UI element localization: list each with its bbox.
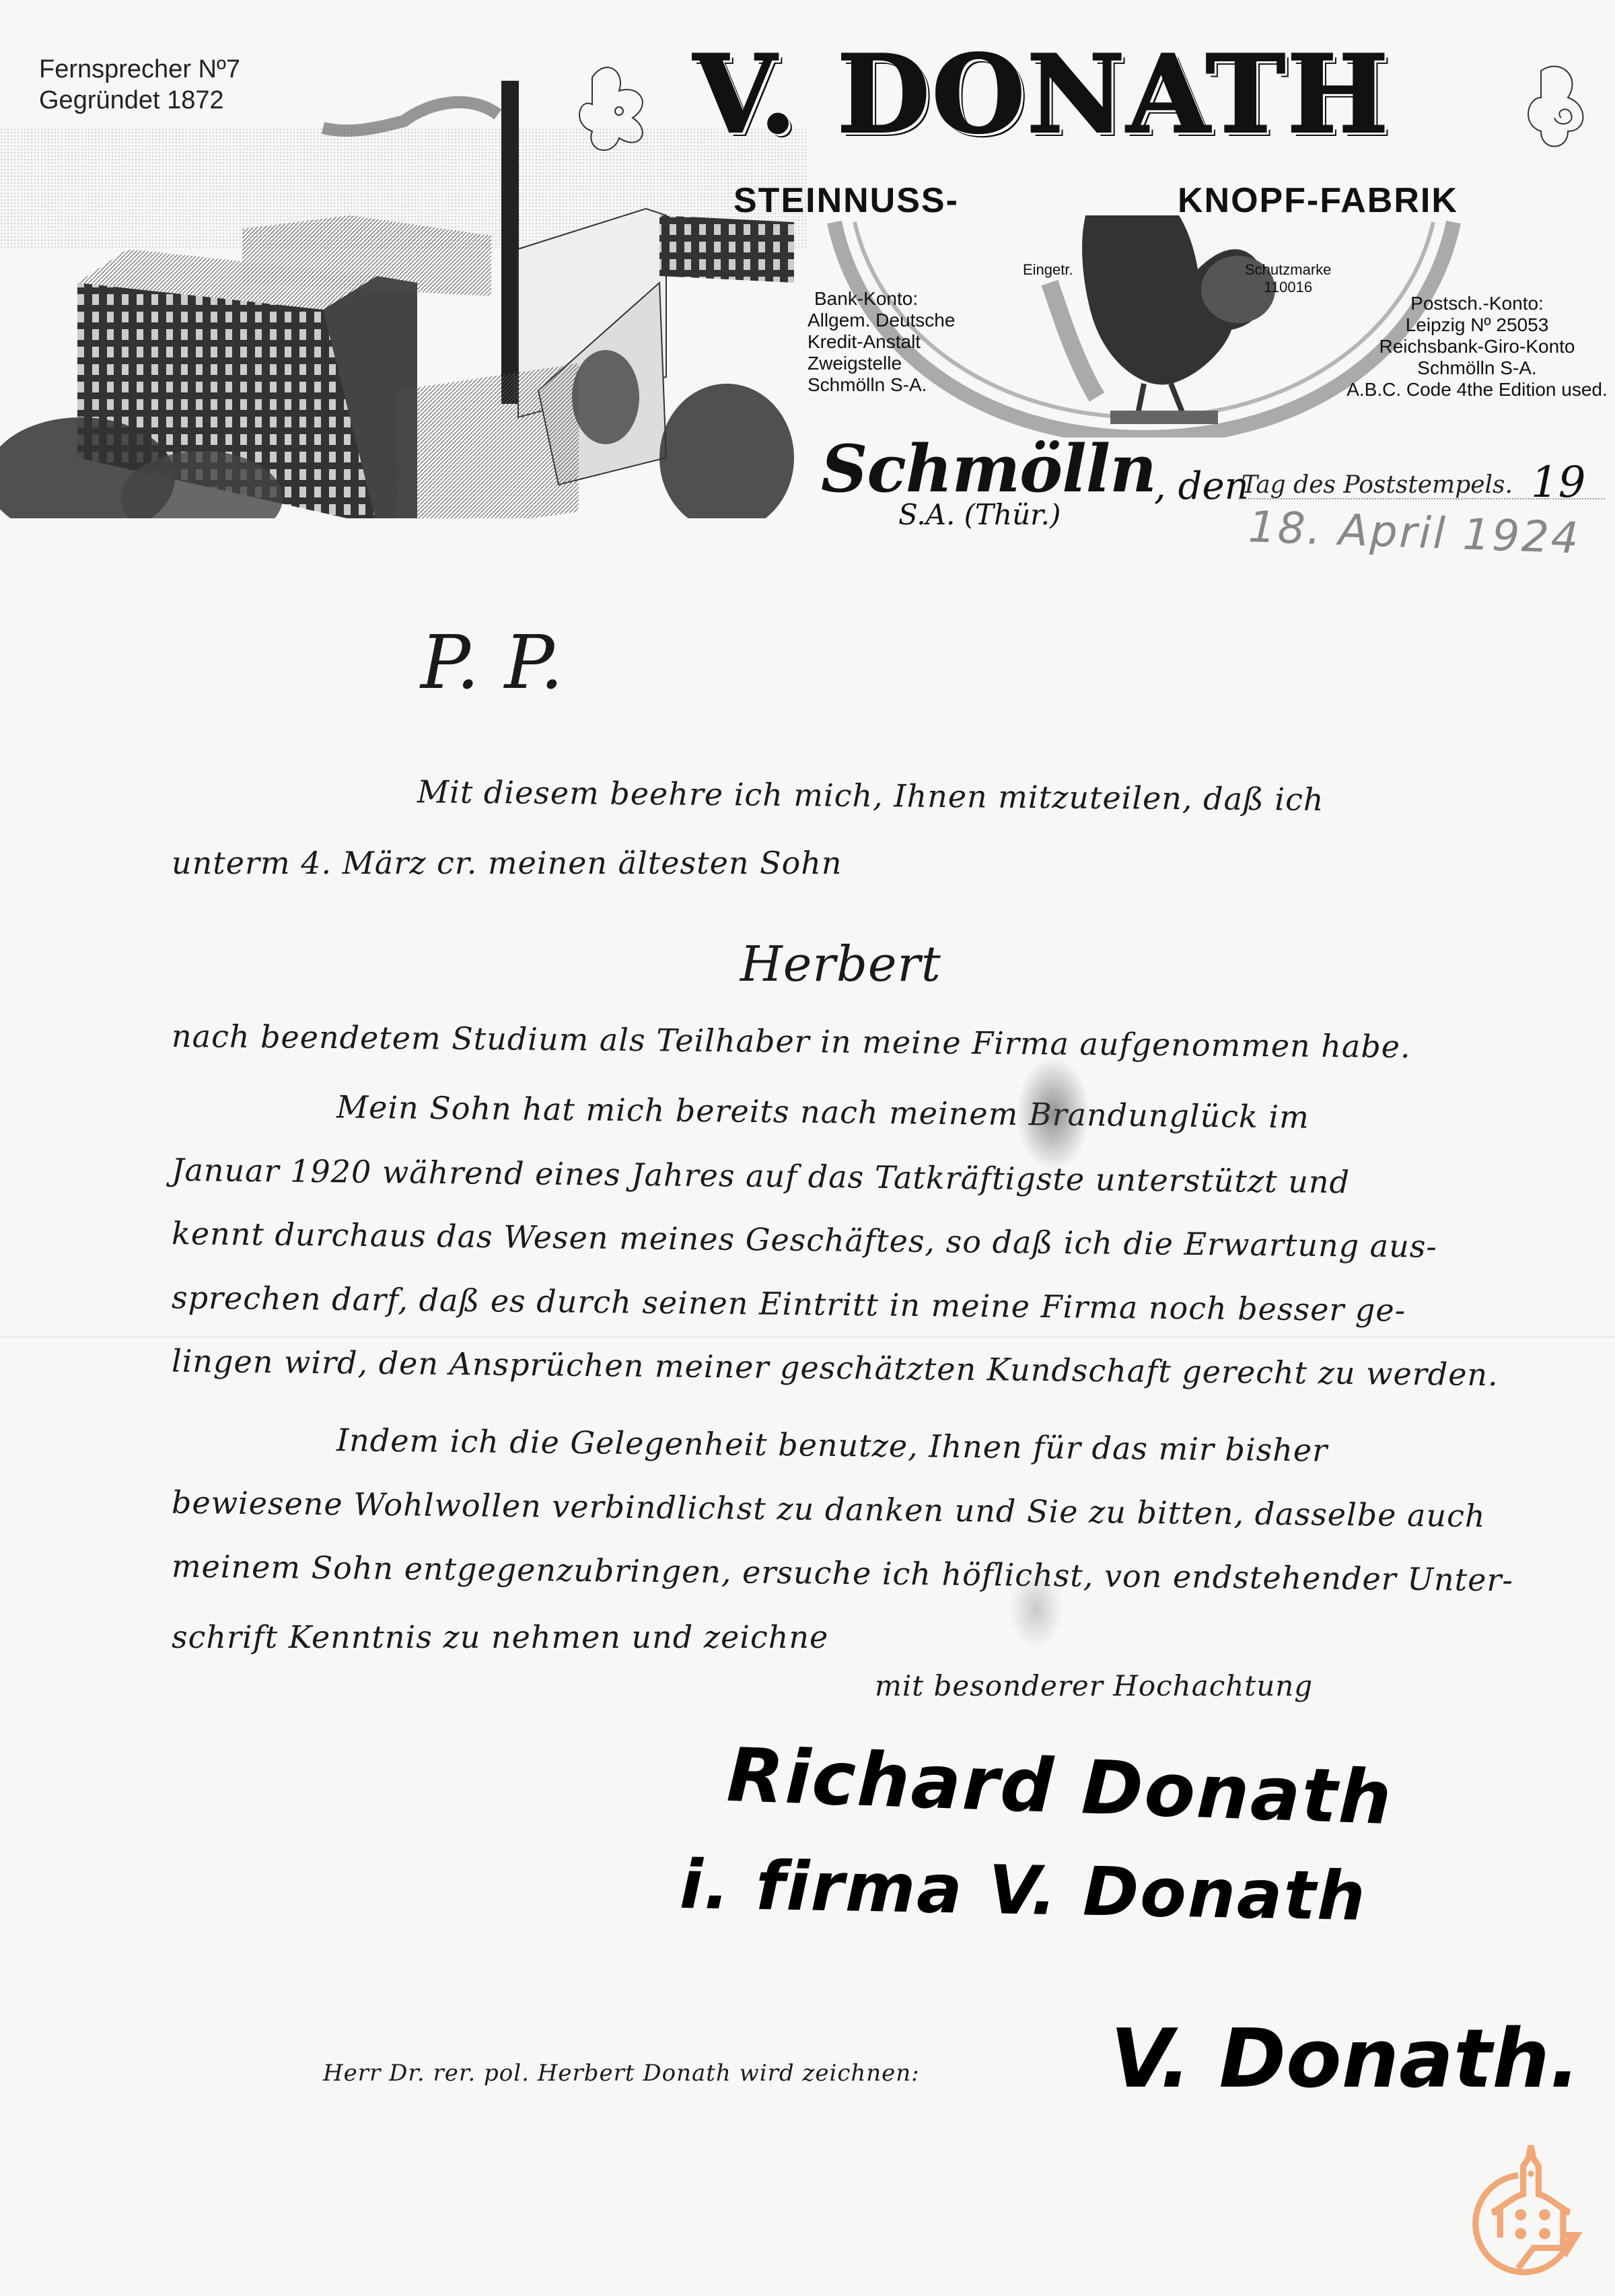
trademark-number: 110016 xyxy=(1245,279,1331,296)
place-region: S.A. (Thür.) xyxy=(898,498,1061,531)
signature-richard-donath: Richard Donath xyxy=(725,1732,1394,1841)
bank-line: Allgem. Deutsche xyxy=(808,310,955,331)
postal-line: A.B.C. Code 4the Edition used. xyxy=(1346,379,1608,401)
body-line: nach beendetem Studium als Teilhaber in … xyxy=(172,1018,1411,1065)
postal-line: Reichsbank-Giro-Konto xyxy=(1346,336,1608,357)
ink-stain xyxy=(1009,1568,1063,1649)
bank-line: Schmölln S-A. xyxy=(808,374,955,396)
body-line: kennt durchaus das Wesen meines Geschäft… xyxy=(172,1215,1437,1265)
body-line: meinem Sohn entgegenzubringen, ersuche i… xyxy=(172,1548,1513,1599)
paper-fold xyxy=(0,1336,1615,1339)
signature-firm: i. firma V. Donath xyxy=(679,1845,1367,1936)
date-connector: , den xyxy=(1154,464,1249,508)
trademark-title: Schutzmarke xyxy=(1245,261,1331,279)
year-prefix: 19 xyxy=(1531,458,1585,508)
closing-formula: mit besonderer Hochachtung xyxy=(875,1669,1313,1702)
bank-account-block: Bank-Konto: Allgem. Deutsche Kredit-Anst… xyxy=(808,288,955,396)
body-line: Indem ich die Gelegenheit benutze, Ihnen… xyxy=(336,1422,1328,1468)
subtitle-left: STEINNUSS- xyxy=(733,180,959,221)
company-brand: V. DONATH xyxy=(693,40,1390,148)
floral-ornament-icon xyxy=(579,57,673,158)
bank-line: Kredit-Anstalt xyxy=(808,331,955,353)
trademark-label: Schutzmarke 110016 xyxy=(1245,261,1331,296)
bank-line: Bank-Konto: xyxy=(808,288,955,310)
body-line: Mein Sohn hat mich bereits nach meinem B… xyxy=(336,1088,1309,1135)
body-line: sprechen darf, daß es durch seinen Eintr… xyxy=(172,1279,1406,1328)
body-line: unterm 4. März cr. meinen ältesten Sohn xyxy=(172,845,842,881)
postal-account-block: Postsch.-Konto: Leipzig Nº 25053 Reichsb… xyxy=(1346,293,1608,401)
body-line: bewiesene Wohlwollen verbindlichst zu da… xyxy=(172,1484,1486,1534)
date-printed: Tag des Poststempels. xyxy=(1242,471,1513,499)
body-line: Januar 1920 während eines Jahres auf das… xyxy=(172,1152,1351,1200)
body-line: schrift Kenntnis zu nehmen und zeichne xyxy=(172,1619,828,1655)
floral-ornament-icon xyxy=(1521,57,1615,158)
factory-illustration xyxy=(0,81,808,518)
son-name: Herbert xyxy=(740,936,941,992)
body-line: Mit diesem beehre ich mich, Ihnen mitzut… xyxy=(417,773,1324,818)
date-line xyxy=(1238,498,1605,499)
postal-line: Leipzig Nº 25053 xyxy=(1346,314,1608,336)
footnote-signatory: Herr Dr. rer. pol. Herbert Donath wird z… xyxy=(323,2060,920,2087)
church-watermark-icon xyxy=(1467,2127,1595,2282)
handwritten-date: 18. April 1924 xyxy=(1248,502,1581,563)
postal-line: Postsch.-Konto: xyxy=(1346,293,1608,314)
subtitle-right: KNOPF-FABRIK xyxy=(1178,180,1458,221)
body-line: lingen wird, den Ansprüchen meiner gesch… xyxy=(172,1343,1499,1393)
ink-stain xyxy=(1016,1057,1090,1171)
postal-line: Schmölln S-A. xyxy=(1346,357,1608,379)
trademark-prefix: Eingetr. xyxy=(1023,261,1073,279)
place-name: Schmölln xyxy=(821,431,1156,507)
salutation: P. P. xyxy=(421,619,564,705)
bank-line: Zweigstelle xyxy=(808,353,955,374)
signature-herbert-donath: V. Donath. xyxy=(1110,2013,1580,2106)
